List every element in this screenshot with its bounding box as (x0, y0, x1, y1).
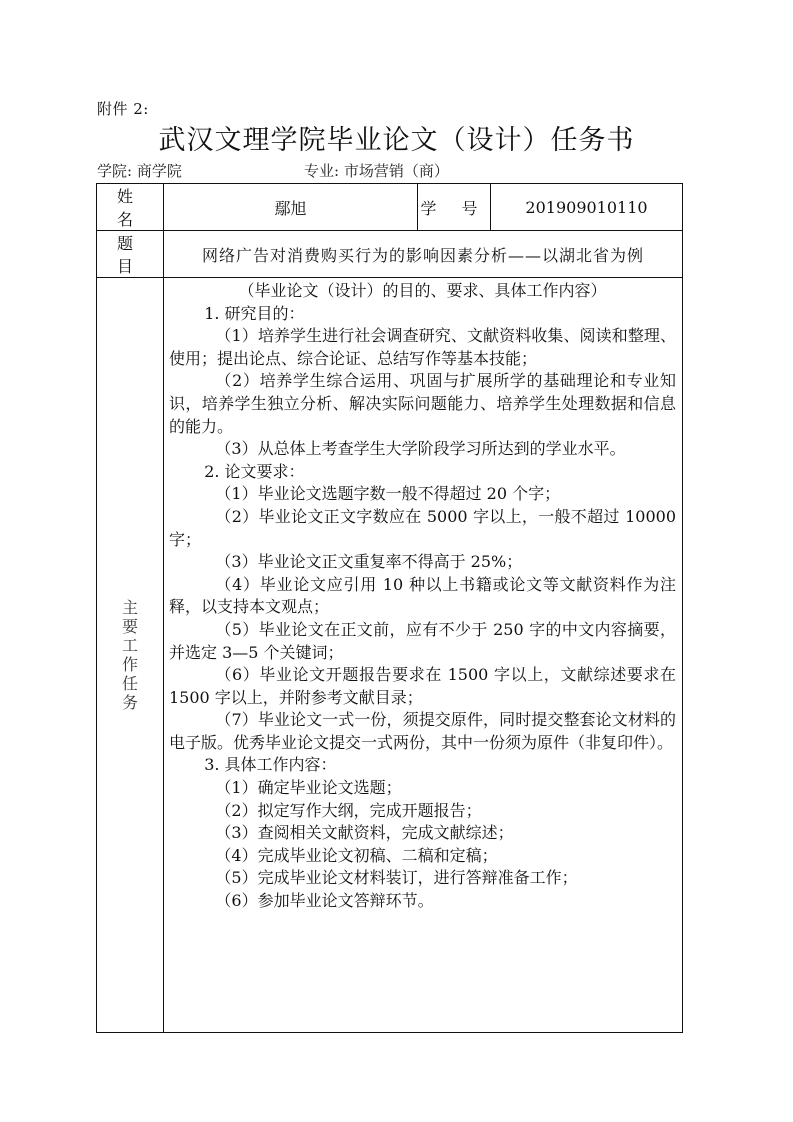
topic-label: 题 目 (97, 231, 164, 278)
section-title: 1. 研究目的： (169, 303, 676, 326)
list-item: （4）完成毕业论文初稿、二稿和定稿； (169, 845, 676, 868)
list-item: （5）毕业论文在正文前，应有不少于 250 字的中文内容摘要，并选定 3—5 个… (169, 619, 676, 664)
section-title: 3. 具体工作内容： (169, 754, 676, 777)
topic-value: 网络广告对消费购买行为的影响因素分析——以湖北省为例 (164, 231, 683, 278)
table-row-name: 姓 名 鄢旭 学 号 201909010110 (97, 184, 683, 231)
list-item: （6）参加毕业论文答辩环节。 (169, 890, 676, 913)
table-row-tasks: 主 要 工 作 任 务 （毕业论文（设计）的目的、要求、具体工作内容） 1. 研… (97, 278, 683, 1033)
section-title: 2. 论文要求： (169, 461, 676, 484)
list-item: （7）毕业论文一式一份，须提交原件，同时提交整套论文材料的电子版。优秀毕业论文提… (169, 709, 676, 754)
document-title: 武汉文理学院毕业论文（设计）任务书 (0, 118, 793, 157)
list-item: （1）培养学生进行社会调查研究、文献资料收集、阅读和整理、使用；提出论点、综合论… (169, 325, 676, 370)
list-item: （3）毕业论文正文重复率不得高于 25%； (169, 551, 676, 574)
name-label: 姓 名 (97, 184, 164, 231)
tasks-label-char: 务 (97, 693, 163, 712)
college-label: 学院: (97, 162, 132, 180)
list-item: （6）毕业论文开题报告要求在 1500 字以上，文献综述要求在 1500 字以上… (169, 664, 676, 709)
tasks-label-char: 要 (97, 617, 163, 636)
tasks-content: （毕业论文（设计）的目的、要求、具体工作内容） 1. 研究目的： （1）培养学生… (164, 278, 683, 1033)
name-value: 鄢旭 (164, 184, 418, 231)
tasks-label: 主 要 工 作 任 务 (97, 278, 164, 1033)
list-item: （4）毕业论文应引用 10 种以上书籍或论文等文献资料作为注释，以支持本文观点； (169, 574, 676, 619)
list-item: （1）确定毕业论文选题； (169, 777, 676, 800)
list-item: （3）从总体上考查学生大学阶段学习所达到的学业水平。 (169, 438, 676, 461)
list-item: （2）培养学生综合运用、巩固与扩展所学的基础理论和专业知识，培养学生独立分析、解… (169, 370, 676, 438)
student-id-value: 201909010110 (491, 184, 683, 231)
list-item: （1）毕业论文选题字数一般不得超过 20 个字； (169, 483, 676, 506)
list-item: （5）完成毕业论文材料装订，进行答辩准备工作； (169, 867, 676, 890)
student-id-label: 学 号 (418, 184, 491, 231)
list-item: （3）查阅相关文献资料，完成文献综述； (169, 822, 676, 845)
major-label: 专业: (304, 162, 339, 180)
college-value: 商学院 (137, 162, 182, 180)
major-field: 专业: 市场营销（商） (304, 160, 449, 181)
annex-label: 附件 2: (97, 98, 149, 119)
tasks-label-char: 工 (97, 636, 163, 655)
table-row-topic: 题 目 网络广告对消费购买行为的影响因素分析——以湖北省为例 (97, 231, 683, 278)
list-item: （2）拟定写作大纲，完成开题报告； (169, 800, 676, 823)
task-form-table: 姓 名 鄢旭 学 号 201909010110 题 目 网络广告对消费购买行为的… (96, 183, 683, 1033)
list-item: （2）毕业论文正文字数应在 5000 字以上，一般不超过 10000 字； (169, 506, 676, 551)
college-field: 学院: 商学院 (97, 160, 182, 181)
tasks-label-char: 作 (97, 655, 163, 674)
tasks-label-char: 任 (97, 674, 163, 693)
major-value: 市场营销（商） (344, 162, 449, 180)
tasks-heading: （毕业论文（设计）的目的、要求、具体工作内容） (169, 280, 676, 303)
tasks-label-char: 主 (97, 598, 163, 617)
